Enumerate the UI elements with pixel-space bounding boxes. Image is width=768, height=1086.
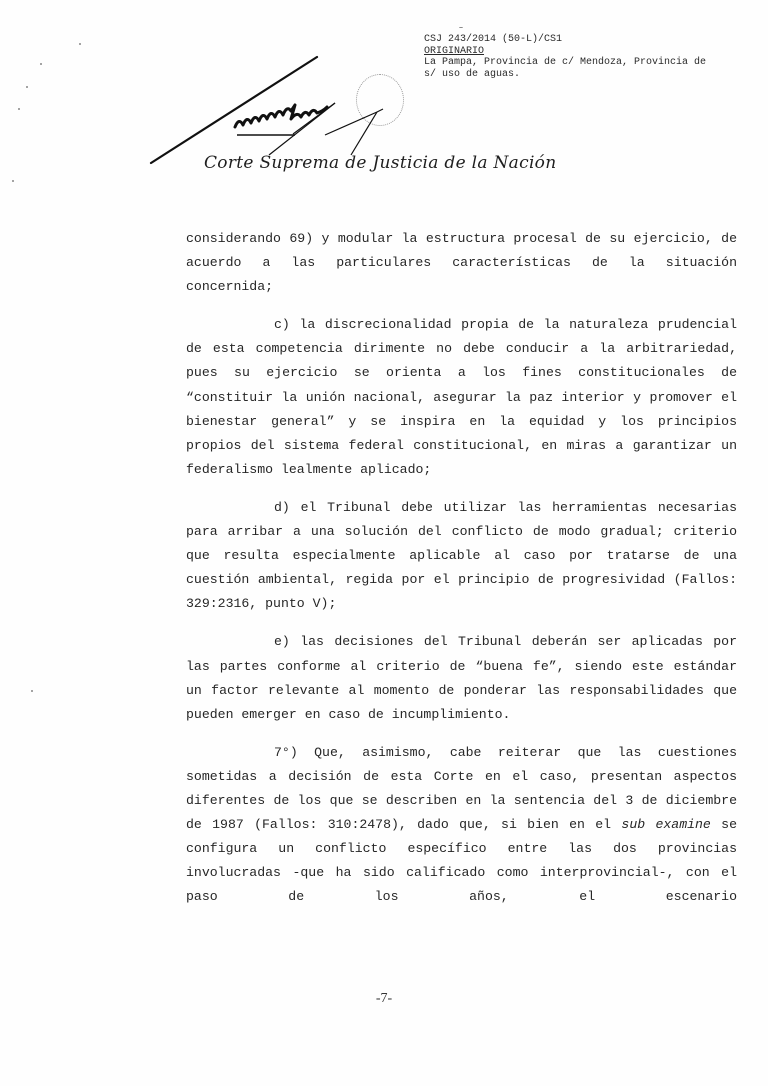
case-parties-line-2: s/ uso de aguas.: [424, 69, 706, 81]
paragraph-continuation: considerando 69) y modular la estructura…: [186, 227, 737, 299]
case-reference-block: CSJ 243/2014 (50-L)/CS1 ORIGINARIO La Pa…: [424, 34, 706, 80]
paragraph-item-d: d) el Tribunal debe utilizar las herrami…: [186, 496, 737, 616]
document-body: considerando 69) y modular la estructura…: [186, 227, 737, 923]
paragraph-item-c: c) la discrecionalidad propia de la natu…: [186, 313, 737, 482]
scan-speck: [18, 108, 20, 110]
scan-speck: [31, 690, 33, 692]
document-page: CSJ 243/2014 (50-L)/CS1 ORIGINARIO La Pa…: [0, 0, 768, 1086]
scan-speck: [40, 63, 42, 65]
scan-speck: [12, 180, 14, 182]
case-parties-line-1: La Pampa, Provincia de c/ Mendoza, Provi…: [424, 57, 706, 69]
jurisdiction-label: ORIGINARIO: [424, 46, 706, 58]
case-number: CSJ 243/2014 (50-L)/CS1: [424, 34, 706, 46]
paragraph-considerando-7: 7°) Que, asimismo, cabe reiterar que las…: [186, 741, 737, 910]
paragraph-item-e: e) las decisiones del Tribunal deberán s…: [186, 630, 737, 726]
scan-speck: [79, 43, 81, 45]
court-letterhead: Corte Suprema de Justicia de la Nación: [204, 153, 556, 173]
paragraph-7-italic-term: sub examine: [621, 817, 710, 832]
page-number: -7-: [0, 991, 768, 1007]
scan-speck: [459, 27, 463, 28]
scan-speck: [26, 86, 28, 88]
